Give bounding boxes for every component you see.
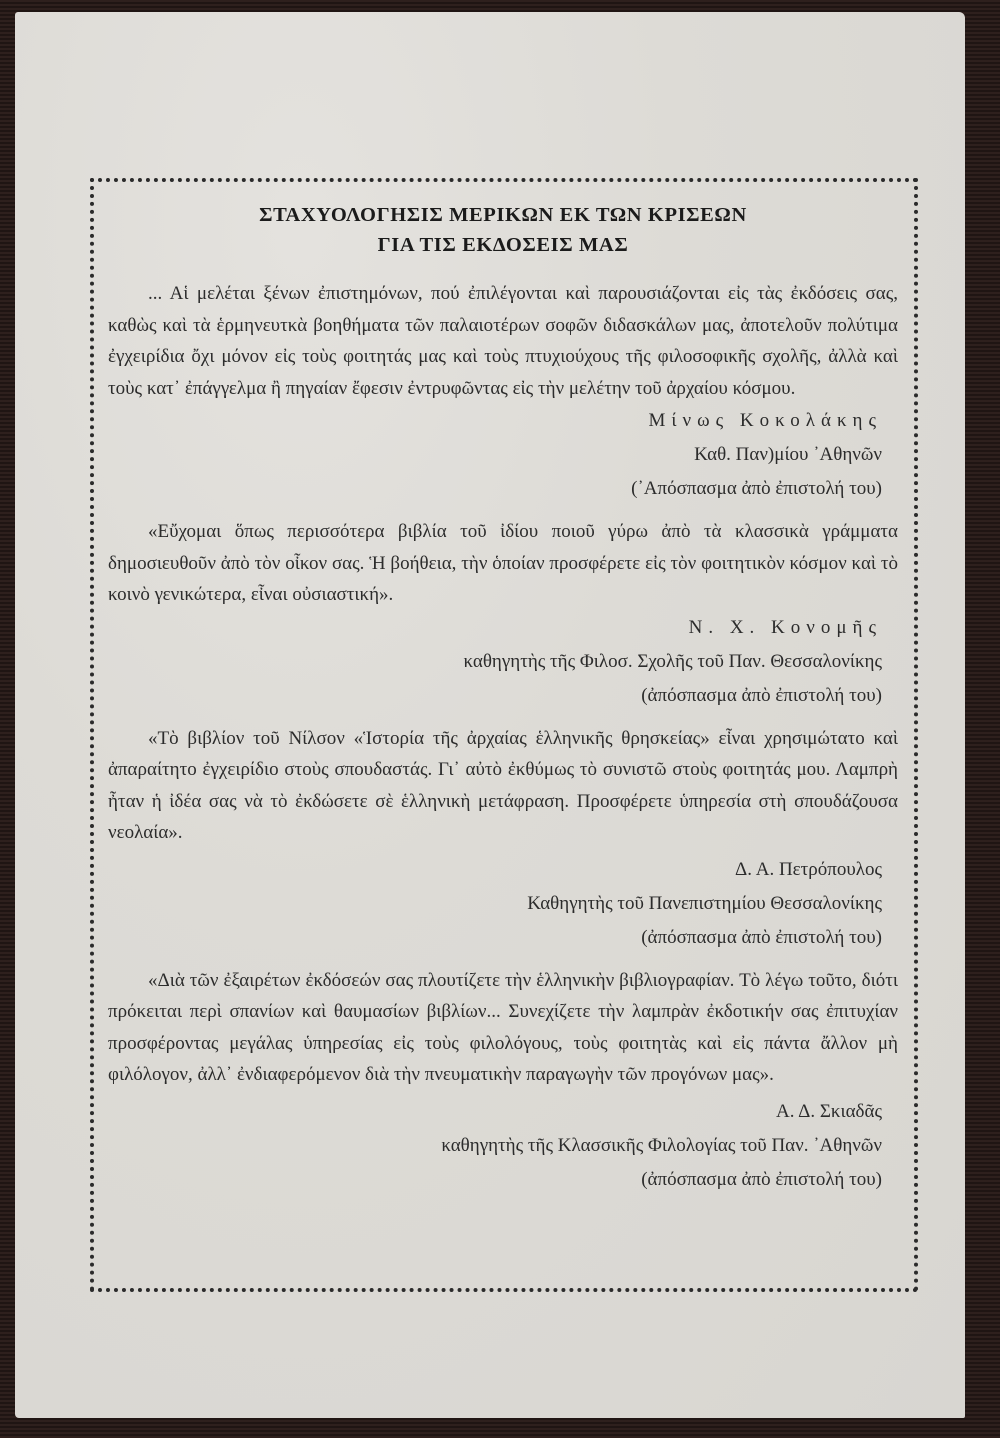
spacer (108, 955, 898, 965)
review-3: «Τὸ βιβλίον τοῦ Νίλσον «Ἱστορία τῆς ἀρχα… (108, 723, 898, 955)
review-signature: Μίνως Κοκολάκης Καθ. Παν)μίου ᾿Αθηνῶν (᾿… (108, 404, 898, 506)
review-signature: Ν. Χ. Κονομῆς καθηγητὴς τῆς Φιλοσ. Σχολῆ… (108, 611, 898, 713)
review-signature: Α. Δ. Σκιαδᾶς καθηγητὴς τῆς Κλασσικῆς Φι… (108, 1095, 898, 1197)
spacer (108, 506, 898, 516)
review-author: Μίνως Κοκολάκης (108, 404, 882, 438)
title-line-1: ΣΤΑΧΥΟΛΟΓΗΣΙΣ ΜΕΡΙΚΩΝ ΕΚ ΤΩΝ ΚΡΙΣΕΩΝ (108, 200, 898, 230)
page-title: ΣΤΑΧΥΟΛΟΓΗΣΙΣ ΜΕΡΙΚΩΝ ΕΚ ΤΩΝ ΚΡΙΣΕΩΝ ΓΙΑ… (108, 200, 898, 260)
title-line-2: ΓΙΑ ΤΙΣ ΕΚΔΟΣΕΙΣ ΜΑΣ (108, 230, 898, 260)
reviews-content: ΣΤΑΧΥΟΛΟΓΗΣΙΣ ΜΕΡΙΚΩΝ ΕΚ ΤΩΝ ΚΡΙΣΕΩΝ ΓΙΑ… (108, 200, 898, 1197)
review-author-role: καθηγητὴς τῆς Κλασσικῆς Φιλολογίας τοῦ Π… (108, 1129, 882, 1163)
review-author: Α. Δ. Σκιαδᾶς (108, 1095, 882, 1129)
review-4: «Διὰ τῶν ἐξαιρέτων ἐκδόσεών σας πλουτίζε… (108, 965, 898, 1197)
review-text: «Εὔχομαι ὅπως περισσότερα βιβλία τοῦ ἰδί… (108, 516, 898, 611)
review-2: «Εὔχομαι ὅπως περισσότερα βιβλία τοῦ ἰδί… (108, 516, 898, 713)
review-text: «Τὸ βιβλίον τοῦ Νίλσον «Ἱστορία τῆς ἀρχα… (108, 723, 898, 849)
review-source: (ἀπόσπασμα ἀπὸ ἐπιστολή του) (108, 679, 882, 713)
review-signature: Δ. Α. Πετρόπουλος Καθηγητὴς τοῦ Πανεπιστ… (108, 853, 898, 955)
review-source: (᾿Απόσπασμα ἀπὸ ἐπιστολή του) (108, 472, 882, 506)
spacer (108, 713, 898, 723)
review-source: (ἀπόσπασμα ἀπὸ ἐπιστολή του) (108, 1163, 882, 1197)
review-text: ... Αἱ μελέται ξένων ἐπιστημόνων, πού ἐπ… (108, 278, 898, 404)
review-author-role: Καθηγητὴς τοῦ Πανεπιστημίου Θεσσαλονίκης (108, 887, 882, 921)
review-author-role: καθηγητὴς τῆς Φιλοσ. Σχολῆς τοῦ Παν. Θεσ… (108, 645, 882, 679)
review-author: Δ. Α. Πετρόπουλος (108, 853, 882, 887)
review-1: ... Αἱ μελέται ξένων ἐπιστημόνων, πού ἐπ… (108, 278, 898, 506)
review-author-role: Καθ. Παν)μίου ᾿Αθηνῶν (108, 438, 882, 472)
review-source: (ἀπόσπασμα ἀπὸ ἐπιστολή του) (108, 921, 882, 955)
review-text: «Διὰ τῶν ἐξαιρέτων ἐκδόσεών σας πλουτίζε… (108, 965, 898, 1091)
review-author: Ν. Χ. Κονομῆς (108, 611, 882, 645)
